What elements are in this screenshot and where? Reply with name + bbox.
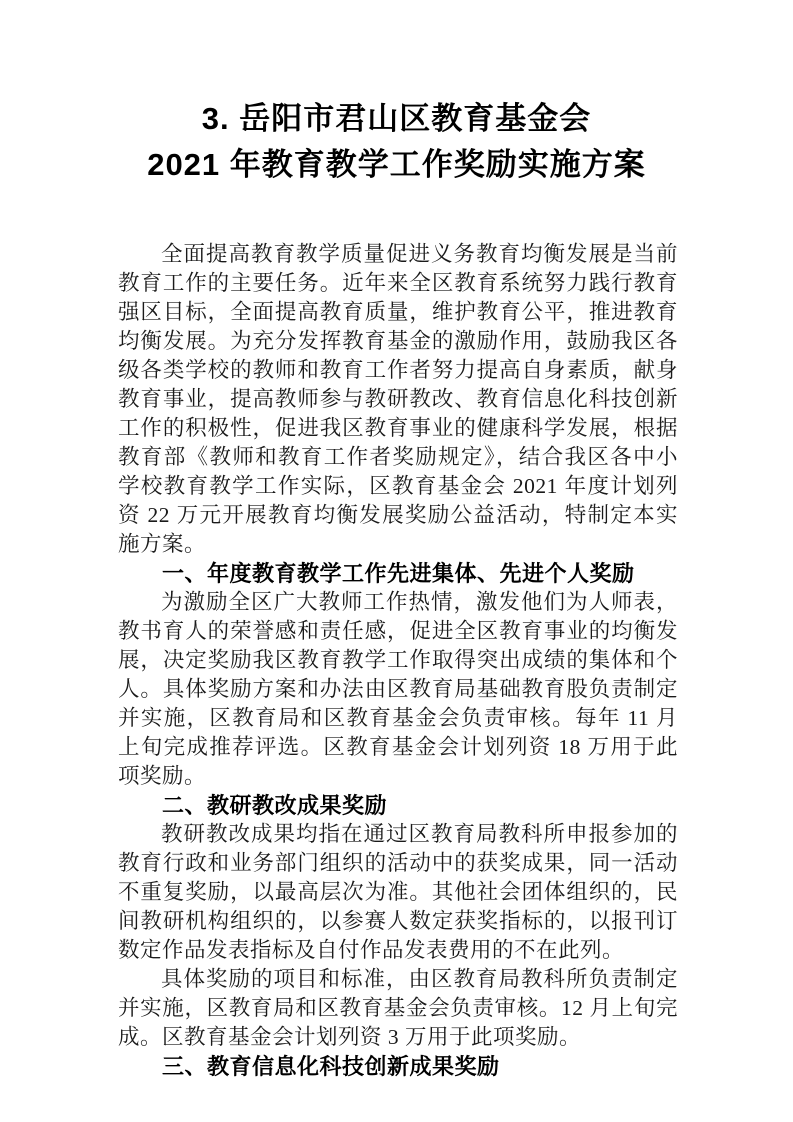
document-title-line-2: 2021 年教育教学工作奖励实施方案 <box>40 142 753 188</box>
page-number: 7 <box>0 1058 793 1075</box>
section-heading-1: 一、年度教育教学工作先进集体、先进个人奖励 <box>118 559 678 588</box>
paragraph-section-1: 为激励全区广大教师工作热情，激发他们为人师表，教书育人的荣誉感和责任感，促进全区… <box>118 588 678 791</box>
section-heading-2: 二、教研教改成果奖励 <box>118 791 678 820</box>
document-body: 全面提高教育教学质量促进义务教育均衡发展是当前教育工作的主要任务。近年来全区教育… <box>118 240 678 1081</box>
paragraph-section-2a: 教研教改成果均指在通过区教育局教科所申报参加的教育行政和业务部门组织的活动中的获… <box>118 820 678 965</box>
document-title-line-1: 3. 岳阳市君山区教育基金会 <box>40 96 753 142</box>
document-title: 3. 岳阳市君山区教育基金会 2021 年教育教学工作奖励实施方案 <box>40 96 753 188</box>
paragraph-section-2b: 具体奖励的项目和标准，由区教育局教科所负责制定并实施，区教育局和区教育基金会负责… <box>118 965 678 1052</box>
document-page: 3. 岳阳市君山区教育基金会 2021 年教育教学工作奖励实施方案 全面提高教育… <box>0 0 793 1122</box>
paragraph-intro: 全面提高教育教学质量促进义务教育均衡发展是当前教育工作的主要任务。近年来全区教育… <box>118 240 678 559</box>
